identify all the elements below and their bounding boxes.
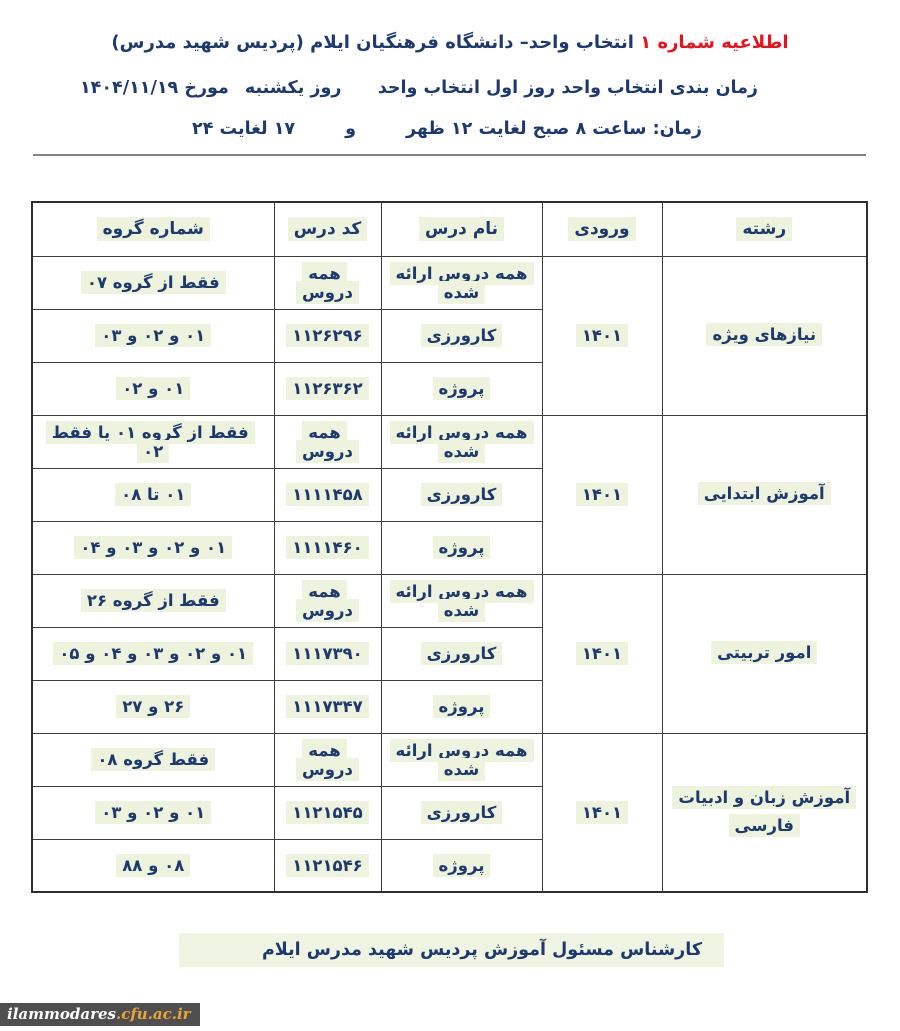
schedule-day: روز یکشنبه xyxy=(245,78,342,98)
group-number-cell: ۰۱ و ۰۲ و ۰۳ xyxy=(32,786,274,839)
course-cell: پروژه xyxy=(381,680,542,733)
table-row: آموزش زبان و ادبیات فارسی ۱۴۰۱ همه دروس … xyxy=(32,733,867,786)
header-divider xyxy=(33,154,866,156)
title-line: اطلاعیه شماره ۱ انتخاب واحد– دانشگاه فره… xyxy=(0,32,900,53)
group-number-cell: ۰۱ تا ۰۸ xyxy=(32,468,274,521)
table-row: نیازهای ویژه ۱۴۰۱ همه دروس ارائه شده همه… xyxy=(32,256,867,309)
group-number-cell: ۲۶ و ۲۷ xyxy=(32,680,274,733)
course-cell: پروژه xyxy=(381,839,542,892)
code-cell: ۱۱۱۱۴۵۸ xyxy=(274,468,381,521)
code-cell: ۱۱۱۷۳۹۰ xyxy=(274,627,381,680)
code-cell: ۱۱۲۱۵۴۵ xyxy=(274,786,381,839)
course-cell: همه دروس ارائه شده xyxy=(381,733,542,786)
course-cell: کارورزی xyxy=(381,309,542,362)
group-number-cell: فقط از گروه ۰۷ xyxy=(32,256,274,309)
course-cell: کارورزی xyxy=(381,786,542,839)
announcement-header: اطلاعیه شماره ۱ انتخاب واحد– دانشگاه فره… xyxy=(0,0,900,156)
entry-cell: ۱۴۰۱ xyxy=(542,415,662,574)
schedule-table-container: رشته ورودی نام درس کد درس شماره گروه نیا… xyxy=(33,201,868,893)
code-cell: ۱۱۲۱۵۴۶ xyxy=(274,839,381,892)
signature-text: کارشناس مسئول آموزش پردیس شهید مدرس ایلا… xyxy=(262,940,702,960)
site-watermark: ilammodares.cfu.ac.ir xyxy=(0,1003,200,1026)
notice-number: اطلاعیه شماره ۱ xyxy=(640,32,788,53)
entry-cell: ۱۴۰۱ xyxy=(542,733,662,892)
entry-cell: ۱۴۰۱ xyxy=(542,574,662,733)
watermark-site-name: ilammodares xyxy=(7,1005,116,1023)
table-row: آموزش ابتدایی ۱۴۰۱ همه دروس ارائه شده هم… xyxy=(32,415,867,468)
schedule-label: زمان بندی انتخاب واحد روز اول انتخاب واح… xyxy=(378,78,758,98)
course-cell: همه دروس ارائه شده xyxy=(381,415,542,468)
schedule-line: زمان بندی انتخاب واحد روز اول انتخاب واح… xyxy=(0,78,900,98)
announcement-page: { "colors": { "navy": "#1d3a70", "red": … xyxy=(0,0,900,1031)
column-header-entry: ورودی xyxy=(542,202,662,256)
group-number-cell: فقط از گروه ۰۱ یا فقط ۰۲ xyxy=(32,415,274,468)
page-title: انتخاب واحد– دانشگاه فرهنگیان ایلام (پرد… xyxy=(111,32,633,53)
field-cell: آموزش ابتدایی xyxy=(662,415,867,574)
time-conjunction: و xyxy=(345,119,356,139)
time-range-evening: ۱۷ لغایت ۲۴ xyxy=(192,119,295,139)
code-cell: همه دروس xyxy=(274,256,381,309)
column-header-field: رشته xyxy=(662,202,867,256)
field-cell: نیازهای ویژه xyxy=(662,256,867,415)
course-cell: همه دروس ارائه شده xyxy=(381,574,542,627)
code-cell: ۱۱۱۱۴۶۰ xyxy=(274,521,381,574)
field-cell: آموزش زبان و ادبیات فارسی xyxy=(662,733,867,892)
course-cell: کارورزی xyxy=(381,627,542,680)
code-cell: همه دروس xyxy=(274,574,381,627)
code-cell: ۱۱۲۶۳۶۲ xyxy=(274,362,381,415)
course-schedule-table: رشته ورودی نام درس کد درس شماره گروه نیا… xyxy=(31,201,868,893)
group-number-cell: ۰۱ و ۰۲ و ۰۳ و ۰۴ xyxy=(32,521,274,574)
column-header-group: شماره گروه xyxy=(32,202,274,256)
time-range-morning: زمان: ساعت ۸ صبح لغایت ۱۲ ظهر xyxy=(406,119,702,139)
group-number-cell: ۰۱ و ۰۲ و ۰۳ و ۰۴ و ۰۵ xyxy=(32,627,274,680)
schedule-date-block: روز یکشنبه مورخ ۱۴۰۴/۱۱/۱۹ xyxy=(80,78,341,98)
watermark-domain: .cfu.ac.ir xyxy=(116,1005,191,1023)
column-header-code: کد درس xyxy=(274,202,381,256)
course-cell: کارورزی xyxy=(381,468,542,521)
code-cell: ۱۱۱۷۳۴۷ xyxy=(274,680,381,733)
course-cell: پروژه xyxy=(381,521,542,574)
entry-cell: ۱۴۰۱ xyxy=(542,256,662,415)
column-header-course: نام درس xyxy=(381,202,542,256)
group-number-cell: ۰۸ و ۸۸ xyxy=(32,839,274,892)
course-cell: پروژه xyxy=(381,362,542,415)
group-number-cell: ۰۱ و ۰۲ xyxy=(32,362,274,415)
group-number-cell: فقط گروه ۰۸ xyxy=(32,733,274,786)
code-cell: همه دروس xyxy=(274,733,381,786)
course-cell: همه دروس ارائه شده xyxy=(381,256,542,309)
code-cell: ۱۱۲۶۲۹۶ xyxy=(274,309,381,362)
field-cell: امور تربیتی xyxy=(662,574,867,733)
table-row: امور تربیتی ۱۴۰۱ همه دروس ارائه شده همه … xyxy=(32,574,867,627)
group-number-cell: فقط از گروه ۲۶ xyxy=(32,574,274,627)
table-header-row: رشته ورودی نام درس کد درس شماره گروه xyxy=(32,202,867,256)
schedule-date: مورخ ۱۴۰۴/۱۱/۱۹ xyxy=(80,78,229,98)
code-cell: همه دروس xyxy=(274,415,381,468)
group-number-cell: ۰۱ و ۰۲ و ۰۳ xyxy=(32,309,274,362)
time-line: زمان: ساعت ۸ صبح لغایت ۱۲ ظهر و ۱۷ لغایت… xyxy=(0,119,900,139)
signature-band: کارشناس مسئول آموزش پردیس شهید مدرس ایلا… xyxy=(179,933,724,967)
